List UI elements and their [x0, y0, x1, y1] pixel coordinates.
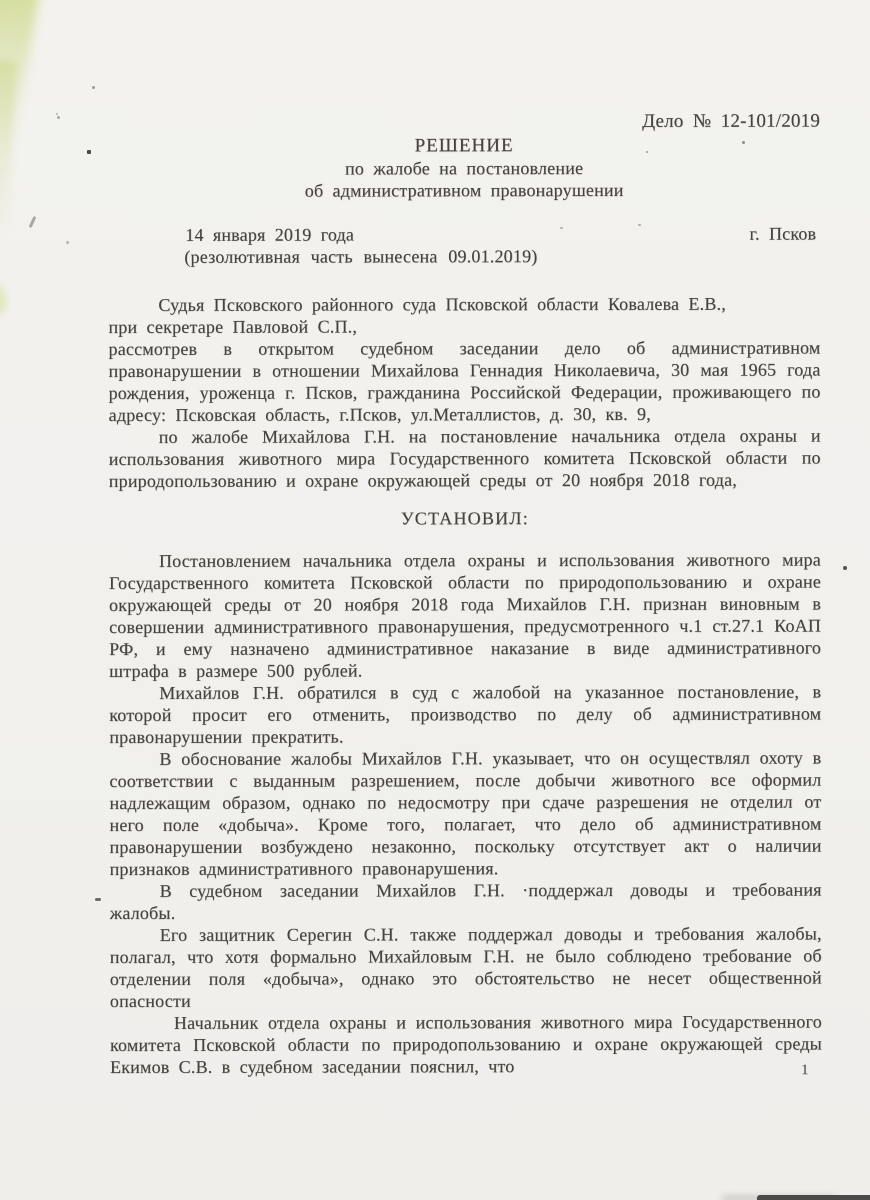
scan-speck	[56, 113, 58, 115]
scan-smudge-green	[0, 59, 17, 240]
scanned-page: Дело № 12-101/2019 РЕШЕНИЕ по жалобе на …	[0, 0, 870, 1200]
document-subtitle-line1: по жалобе на постановление	[108, 157, 820, 180]
body-paragraph: В обоснование жалобы Михайлов Г.Н. указы…	[109, 747, 821, 880]
body-paragraph: Постановлением начальника отдела охраны …	[109, 549, 821, 682]
body-block: Постановлением начальника отдела охраны …	[109, 549, 822, 1078]
body-paragraph: В судебном заседании Михайлов Г.Н. ·подд…	[110, 879, 822, 924]
document-subtitle-line2: об административном правонарушении	[108, 179, 820, 202]
section-heading-ustanovil: УСТАНОВИЛ:	[109, 507, 821, 530]
secretary-line: при секретаре Павловой С.П.,	[108, 315, 820, 338]
document-title: РЕШЕНИЕ	[108, 135, 820, 158]
decision-date: 14 января 2019 года	[108, 223, 354, 246]
scan-speck	[57, 116, 60, 119]
hearing-line: рассмотрев в открытом судебном заседании…	[108, 337, 820, 426]
scan-speck	[92, 86, 95, 89]
body-paragraph: Его защитник Серегин С.Н. также поддержа…	[110, 923, 822, 1012]
decision-place: г. Псков	[749, 223, 820, 245]
page-number: 1	[801, 1062, 809, 1079]
scan-smudge-green	[0, 285, 6, 315]
date-place-row: 14 января 2019 года г. Псков	[108, 223, 820, 246]
scan-speck	[843, 566, 847, 570]
case-number: Дело № 12-101/2019	[108, 111, 820, 134]
scan-speck	[66, 241, 69, 244]
body-paragraph: Начальник отдела охраны и использования …	[110, 1011, 822, 1078]
scan-speck	[95, 898, 101, 901]
body-paragraph: Михайлов Г.Н. обратился в суд с жалобой …	[109, 681, 821, 748]
intro-block: Судья Псковского районного суда Псковско…	[108, 293, 820, 492]
title-block: РЕШЕНИЕ по жалобе на постановление об ад…	[108, 135, 820, 202]
scan-edge-artifact	[757, 1195, 870, 1200]
complaint-line: по жалобе Михайлова Г.Н. на постановлени…	[109, 425, 821, 492]
document-content: Дело № 12-101/2019 РЕШЕНИЕ по жалобе на …	[108, 111, 822, 1078]
judge-line: Судья Псковского районного суда Псковско…	[108, 293, 820, 316]
resolution-note: (резолютивная часть вынесена 09.01.2019)	[108, 245, 820, 268]
scan-speck	[87, 150, 91, 154]
scan-speck	[29, 216, 37, 228]
